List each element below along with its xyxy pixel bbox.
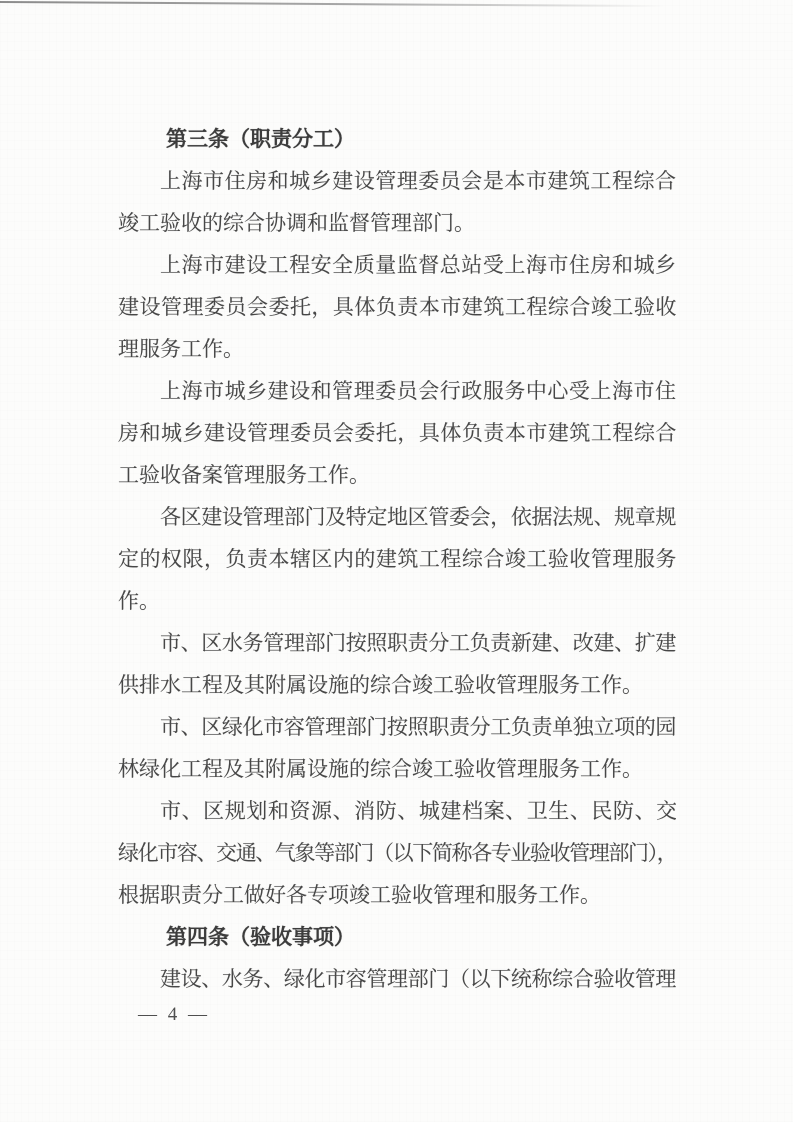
article-heading: 第三条（职责分工） — [118, 118, 676, 160]
document-page: 第三条（职责分工）上海市住房和城乡建设管理委员会是本市建筑工程综合竣工验收的综合… — [0, 0, 793, 1122]
body-text-line: 定的权限，负责本辖区内的建筑工程综合竣工验收管理服务工 — [118, 538, 676, 580]
body-text-line: 建设、水务、绿化市容管理部门（以下统称综合验收管理 — [118, 958, 676, 1000]
article-heading: 第四条（验收事项） — [118, 916, 676, 958]
page-number: — 4 — — [118, 1004, 210, 1026]
body-text-line: 各区建设管理部门及特定地区管委会，依据法规、规章规 — [118, 496, 676, 538]
body-text-line: 供排水工程及其附属设施的综合竣工验收管理服务工作。 — [118, 664, 676, 706]
body-text-line: 房和城乡建设管理委员会委托，具体负责本市建筑工程综合竣 — [118, 412, 676, 454]
body-text-line: 上海市建设工程安全质量监督总站受上海市住房和城乡 — [118, 244, 676, 286]
body-text-line: 上海市城乡建设和管理委员会行政服务中心受上海市住 — [118, 370, 676, 412]
body-text-line: 林绿化工程及其附属设施的综合竣工验收管理服务工作。 — [118, 748, 676, 790]
body-text-line: 市、区水务管理部门按照职责分工负责新建、改建、扩建 — [118, 622, 676, 664]
body-text-line: 上海市住房和城乡建设管理委员会是本市建筑工程综合 — [118, 160, 676, 202]
scan-artifact-line — [0, 1, 665, 7]
body-text-line: 作。 — [118, 580, 676, 622]
body-text-line: 建设管理委员会委托，具体负责本市建筑工程综合竣工验收管 — [118, 286, 676, 328]
body-text-line: 市、区绿化市容管理部门按照职责分工负责单独立项的园 — [118, 706, 676, 748]
document-text-block: 第三条（职责分工）上海市住房和城乡建设管理委员会是本市建筑工程综合竣工验收的综合… — [118, 118, 676, 1000]
body-text-line: 理服务工作。 — [118, 328, 676, 370]
body-text-line: 根据职责分工做好各专项竣工验收管理和服务工作。 — [118, 874, 676, 916]
body-text-line: 绿化市容、交通、气象等部门（以下简称各专业验收管理部门）， — [118, 832, 676, 874]
body-text-line: 竣工验收的综合协调和监督管理部门。 — [118, 202, 676, 244]
body-text-line: 市、区规划和资源、消防、城建档案、卫生、民防、交警、 — [118, 790, 676, 832]
body-text-line: 工验收备案管理服务工作。 — [118, 454, 676, 496]
